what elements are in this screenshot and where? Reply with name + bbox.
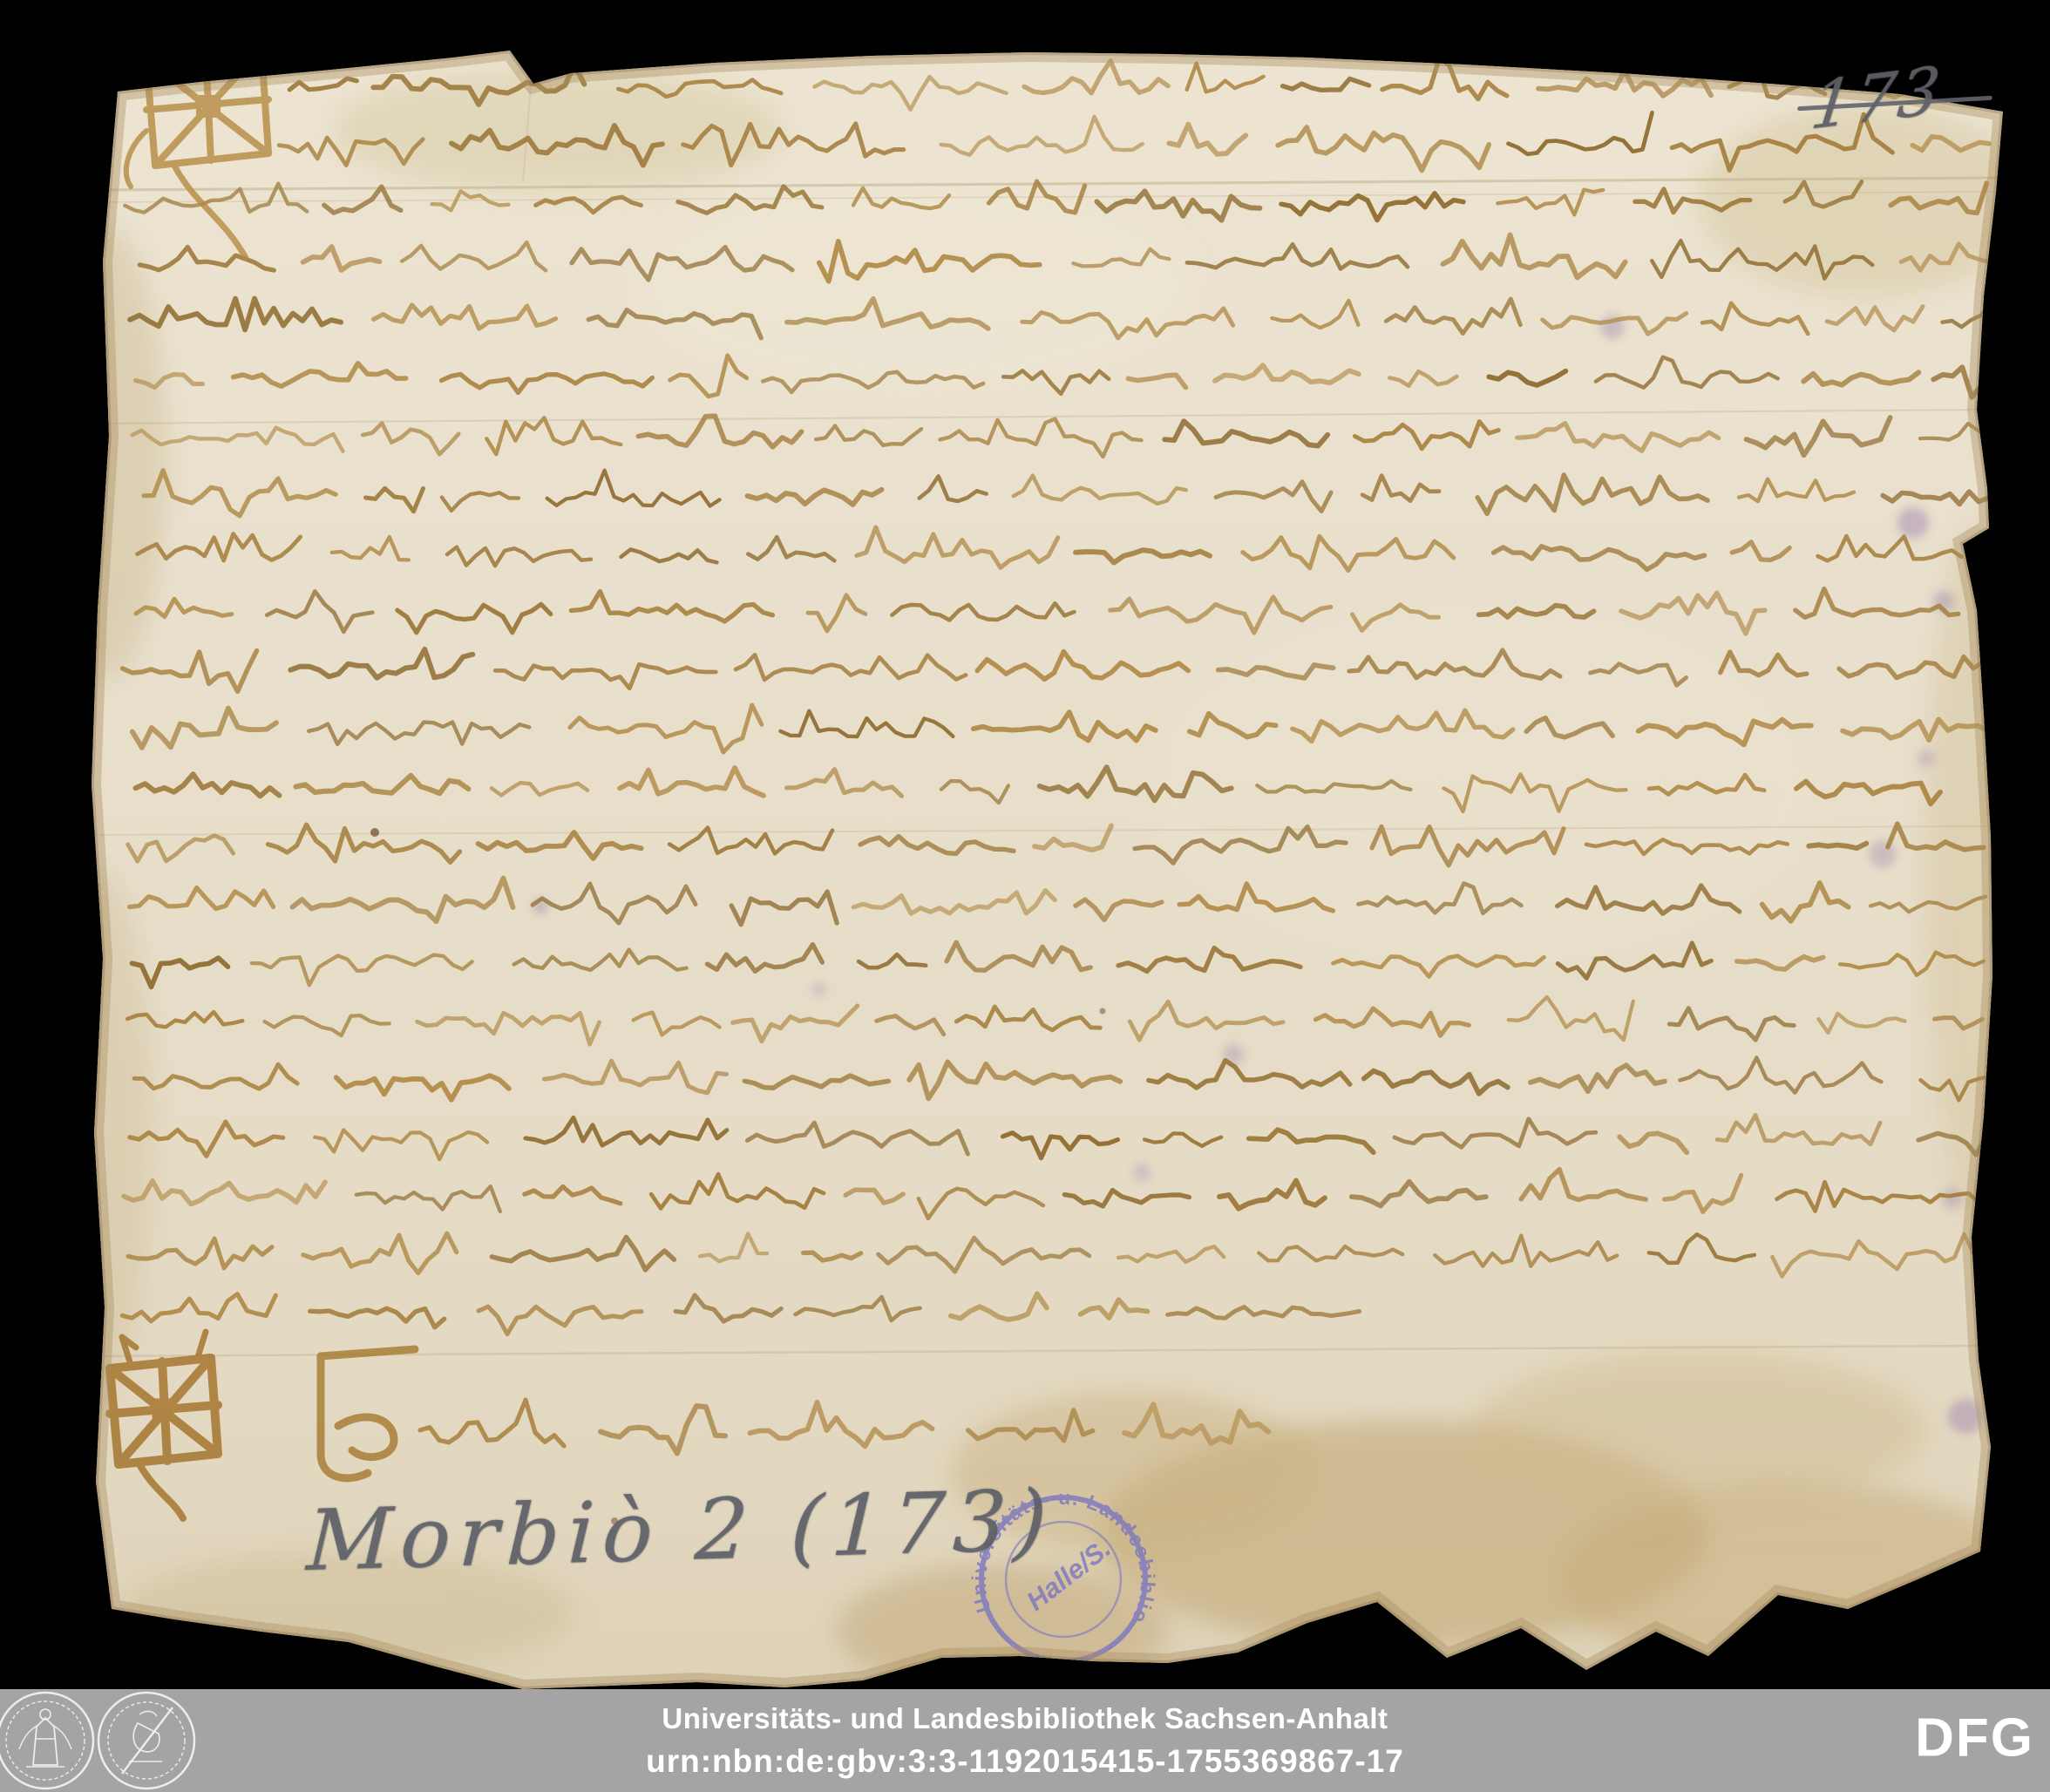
dfg-logo: DFG	[1915, 1707, 2034, 1769]
footer-text-block: Universitäts- und Landesbibliothek Sachs…	[0, 1689, 2050, 1792]
urn-identifier: urn:nbn:de:gbv:3:3-1192015415-1755369867…	[646, 1743, 1404, 1780]
scan-page: Universitäts- u. Landesbibliothek Halle/…	[0, 0, 2050, 1792]
library-name: Universitäts- und Landesbibliothek Sachs…	[662, 1702, 1388, 1735]
parchment: Universitäts- u. Landesbibliothek Halle/…	[44, 13, 2031, 1717]
footer-bar: Universitäts- und Landesbibliothek Sachs…	[0, 1689, 2050, 1792]
